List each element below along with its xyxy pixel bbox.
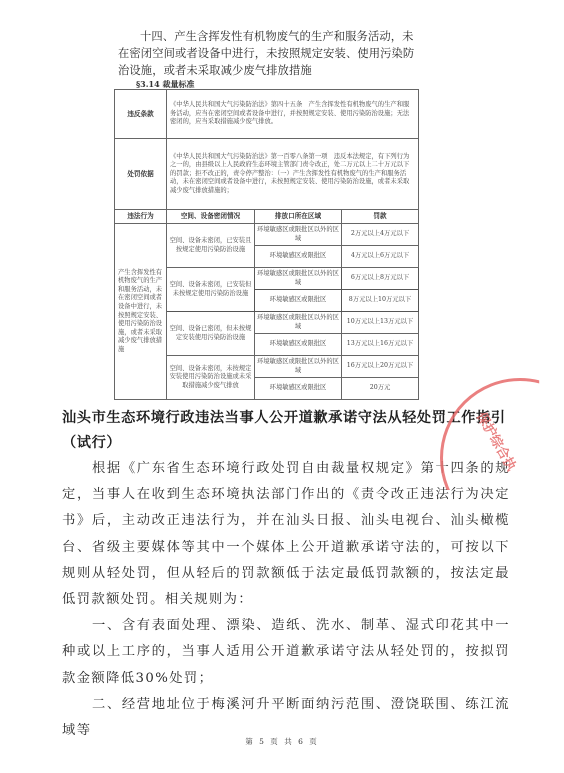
table-header-row: 违法行为 空间、设备密闭情况 排放口所在区域 罚款	[115, 210, 419, 224]
violation-clause-row: 违反条款 《中华人民共和国大气污染防治法》第四十五条 产生含挥发性有机物废气的生…	[115, 90, 419, 139]
header-fine: 罚款	[342, 210, 419, 224]
header-behavior: 违法行为	[115, 210, 167, 224]
violation-clause-label: 违反条款	[115, 90, 167, 139]
condition-cell: 空间、设备已密闭，但未按规定安装使用污染防治设施	[167, 312, 255, 356]
guideline-paragraph: 一、含有表面处理、漂染、造纸、洗水、制革、湿式印花其中一种或以上工序的，当事人适…	[62, 613, 510, 692]
fine-cell: 2万元以上4万元以下	[342, 224, 419, 246]
fine-cell: 20万元	[342, 378, 419, 400]
fine-cell: 16万元以上20万元以下	[342, 356, 419, 378]
area-cell: 环境敏感区或限批区	[255, 378, 342, 400]
condition-cell: 空间、设备未密闭，已安装但未按规定使用污染防治设施	[167, 268, 255, 312]
area-cell: 环境敏感区或限批区	[255, 246, 342, 268]
fine-cell: 13万元以上16万元以下	[342, 334, 419, 356]
area-cell: 环境敏感区或限批区以外的区域	[255, 224, 342, 246]
area-cell: 环境敏感区或限批区以外的区域	[255, 356, 342, 378]
violation-clause-text: 《中华人民共和国大气污染防治法》第四十五条 产生含挥发性有机物废气的生产和服务活…	[167, 90, 419, 139]
page-number: 第 5 页 共 6 页	[0, 736, 564, 747]
condition-cell: 空间、设备未密闭，未按规定安装使用污染防治设施或未采取措施减少废气排放	[167, 356, 255, 400]
discretion-standard-table: 违反条款 《中华人民共和国大气污染防治法》第四十五条 产生含挥发性有机物废气的生…	[114, 89, 419, 400]
behavior-cell: 产生含挥发性有机物废气的生产和服务活动，未在密闭空间或者设备中进行，未按照规定安…	[115, 224, 167, 400]
condition-cell: 空间、设备未密闭，已安装且按规定使用污染防治设施	[167, 224, 255, 268]
penalty-basis-label: 处罚依据	[115, 139, 167, 210]
document-page: 十四、产生含挥发性有机物废气的生产和服务活动，未在密闭空间或者设备中进行，未按照…	[0, 0, 564, 773]
area-cell: 环境敏感区或限批区	[255, 290, 342, 312]
intro-paragraph: 十四、产生含挥发性有机物废气的生产和服务活动，未在密闭空间或者设备中进行，未按照…	[118, 28, 418, 79]
area-cell: 环境敏感区或限批区	[255, 334, 342, 356]
header-area: 排放口所在区域	[255, 210, 342, 224]
area-cell: 环境敏感区或限批区以外的区域	[255, 312, 342, 334]
intro-text: 十四、产生含挥发性有机物废气的生产和服务活动，未在密闭空间或者设备中进行，未按照…	[118, 28, 418, 79]
fine-cell: 6万元以上8万元以下	[342, 268, 419, 290]
penalty-basis-text: 《中华人民共和国大气污染防治法》第一百零八条第一项 违反本法规定，有下列行为之一…	[167, 139, 419, 210]
table-row: 产生含挥发性有机物废气的生产和服务活动，未在密闭空间或者设备中进行，未按照规定安…	[115, 224, 419, 246]
guideline-body: 根据《广东省生态环境行政处罚自由裁量权规定》第十四条的规定，当事人在收到生态环境…	[62, 456, 510, 744]
fine-cell: 10万元以上13万元以下	[342, 312, 419, 334]
area-cell: 环境敏感区或限批区以外的区域	[255, 268, 342, 290]
penalty-basis-row: 处罚依据 《中华人民共和国大气污染防治法》第一百零八条第一项 违反本法规定，有下…	[115, 139, 419, 210]
header-condition: 空间、设备密闭情况	[167, 210, 255, 224]
fine-cell: 8万元以上10万元以下	[342, 290, 419, 312]
fine-cell: 4万元以上6万元以下	[342, 246, 419, 268]
